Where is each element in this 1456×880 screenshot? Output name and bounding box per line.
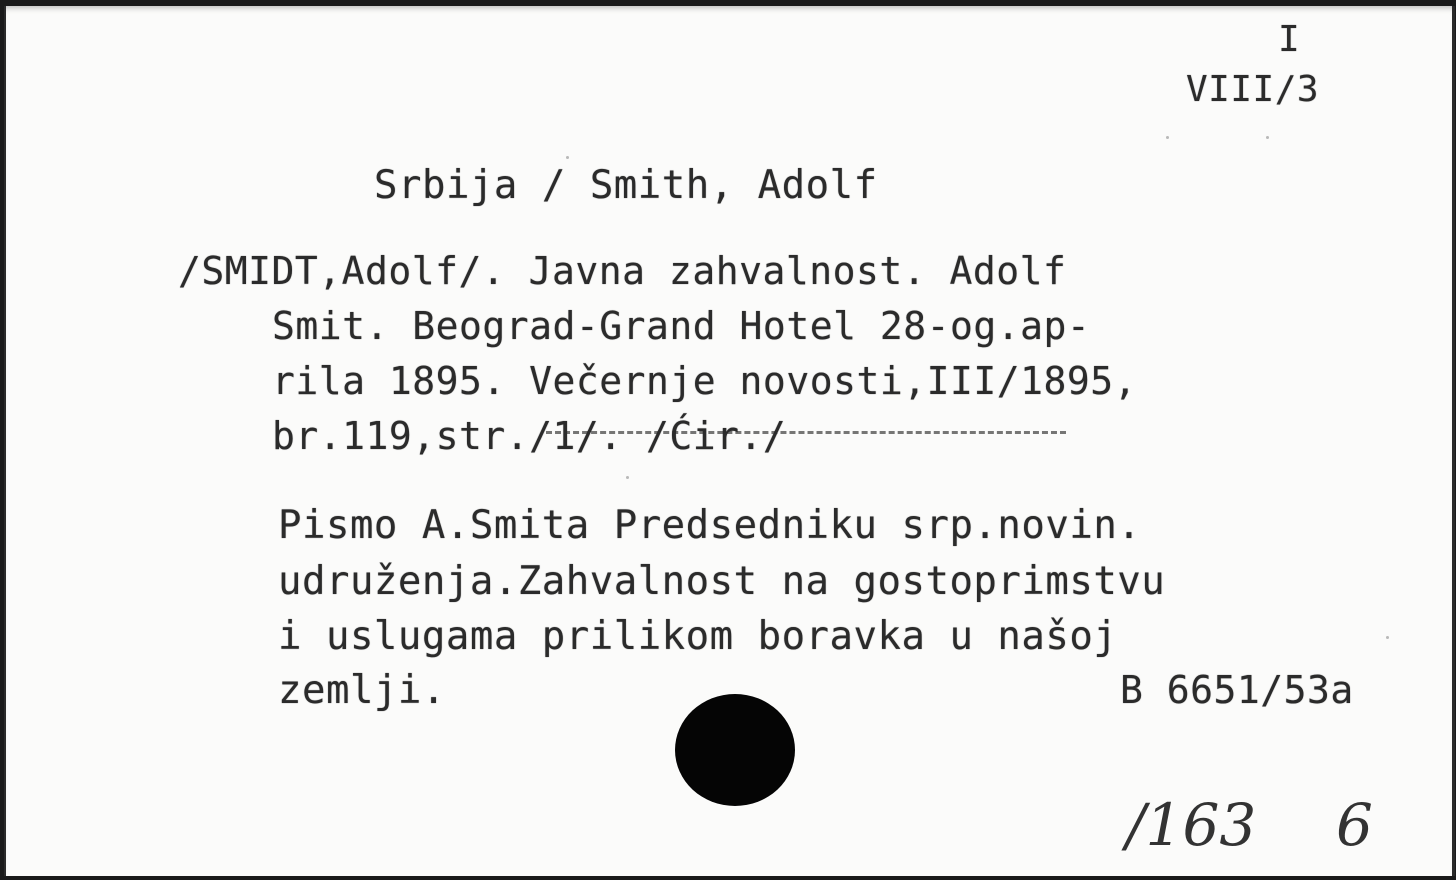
annotation-line: i uslugama prilikom boravka u našoj	[278, 617, 1117, 656]
entry-line: /SMIDT,Adolf/. Javna zahvalnost. Adolf	[178, 252, 1066, 290]
card-heading: Srbija / Smith, Adolf	[374, 166, 878, 205]
entry-line: rila 1895. Večernje novosti,III/1895,	[272, 362, 1137, 400]
catalog-card: I VIII/3 Srbija / Smith, Adolf /SMIDT,Ad…	[4, 6, 1455, 876]
annotation-line: zemlji.	[278, 671, 446, 710]
annotation-line: udruženja.Zahvalnost na gostoprimstvu	[278, 562, 1165, 601]
call-number-bottom: VIII/3	[1186, 72, 1319, 108]
shelfmark: B 6651/53a	[1120, 671, 1354, 709]
handwritten-number: 6	[1336, 796, 1373, 854]
paper-speck	[1386, 636, 1389, 639]
punch-hole	[675, 694, 795, 806]
entry-line: br.119,str./1/. /Ćir./	[272, 417, 786, 455]
paper-speck	[566, 156, 569, 159]
handwritten-count: /163	[1126, 796, 1256, 854]
paper-speck	[626, 476, 629, 479]
entry-line: Smit. Beograd-Grand Hotel 28-og.ap-	[272, 307, 1090, 345]
paper-speck	[1266, 136, 1269, 139]
annotation-line: Pismo A.Smita Predsedniku srp.novin.	[278, 506, 1141, 545]
paper-speck	[1166, 136, 1169, 139]
call-number-top: I	[1278, 22, 1300, 58]
